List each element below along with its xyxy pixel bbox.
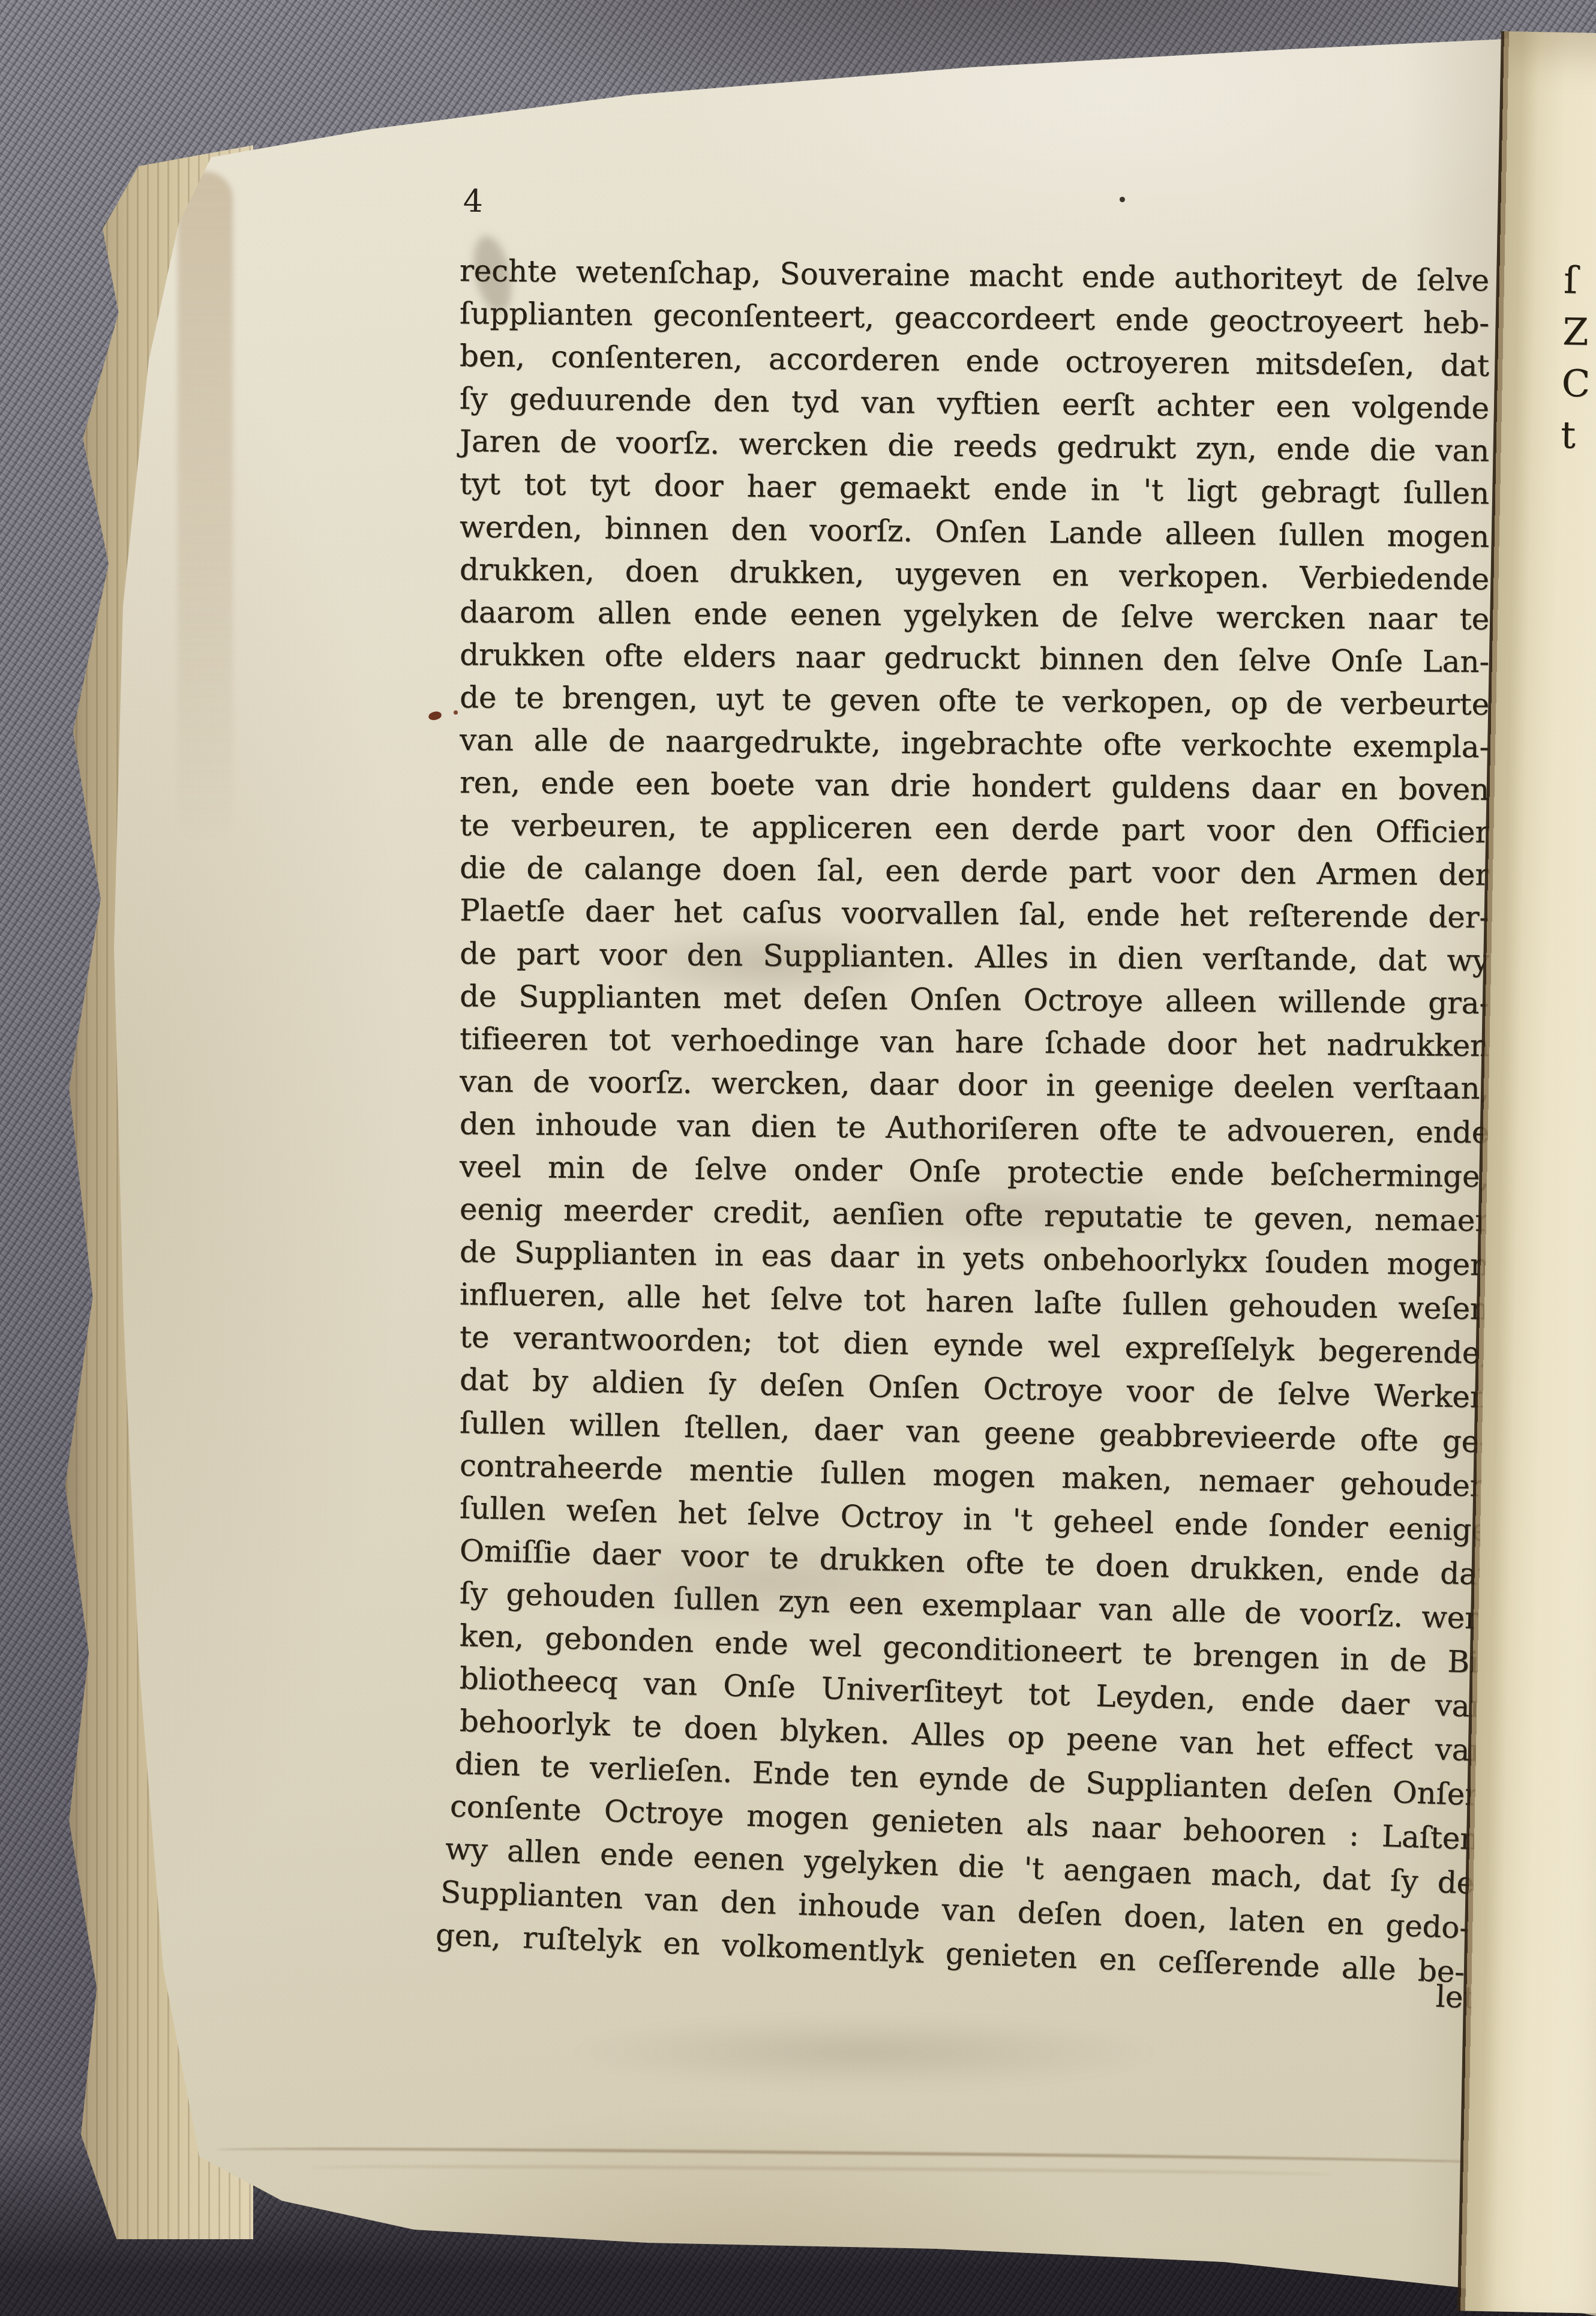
- bottom-stain-line: [216, 2145, 1512, 2169]
- book-photo: 4 rechte wetenſchap, Souveraine macht en…: [0, 0, 1596, 2316]
- facing-page-partial-letter: t: [1561, 416, 1596, 455]
- text-line: de te brengen, uyt te geven ofte te verk…: [460, 676, 1489, 726]
- body-text: rechte wetenſchap, Souveraine macht ende…: [460, 250, 1489, 1997]
- text-line: daarom allen ende eenen ygelyken de ſelv…: [460, 591, 1489, 641]
- left-margin-stain: [178, 172, 233, 844]
- bottom-stain-line-2: [312, 2164, 1332, 2179]
- page-number: 4: [463, 184, 484, 220]
- facing-page-partial-letter: ſ: [1563, 262, 1596, 300]
- showthrough-ghost: [570, 2016, 1158, 2088]
- text-line: te verbeuren, te appliceren een derde pa…: [460, 804, 1489, 854]
- facing-page-partial-letter: C: [1561, 365, 1596, 403]
- book-page: 4 rechte wetenſchap, Souveraine macht en…: [0, 0, 1596, 2316]
- text-line: van alle de naargedrukte, ingebrachte of…: [460, 719, 1489, 769]
- text-line: drukken ofte elders naar gedruckt binnen…: [460, 634, 1489, 683]
- facing-page-partial-letter: Z: [1562, 313, 1596, 352]
- ink-speck: [428, 710, 442, 721]
- text-line: de part voor den Supplianten. Alles in d…: [460, 932, 1489, 982]
- ink-speck: [454, 710, 458, 715]
- text-line: de Supplianten met deſen Onſen Octroye a…: [460, 975, 1489, 1025]
- text-line: tifieeren tot verhoedinge van hare ſchad…: [460, 1018, 1489, 1067]
- text-line: ren, ende een boete van drie hondert gul…: [460, 761, 1489, 811]
- text-line: van de voorſz. wercken, daar door in gee…: [460, 1060, 1489, 1110]
- text-line: Plaetſe daer het caſus voorvallen ſal, e…: [460, 889, 1489, 939]
- ink-speck: [1120, 197, 1125, 202]
- text-line: die de calange doen ſal, een derde part …: [460, 847, 1489, 896]
